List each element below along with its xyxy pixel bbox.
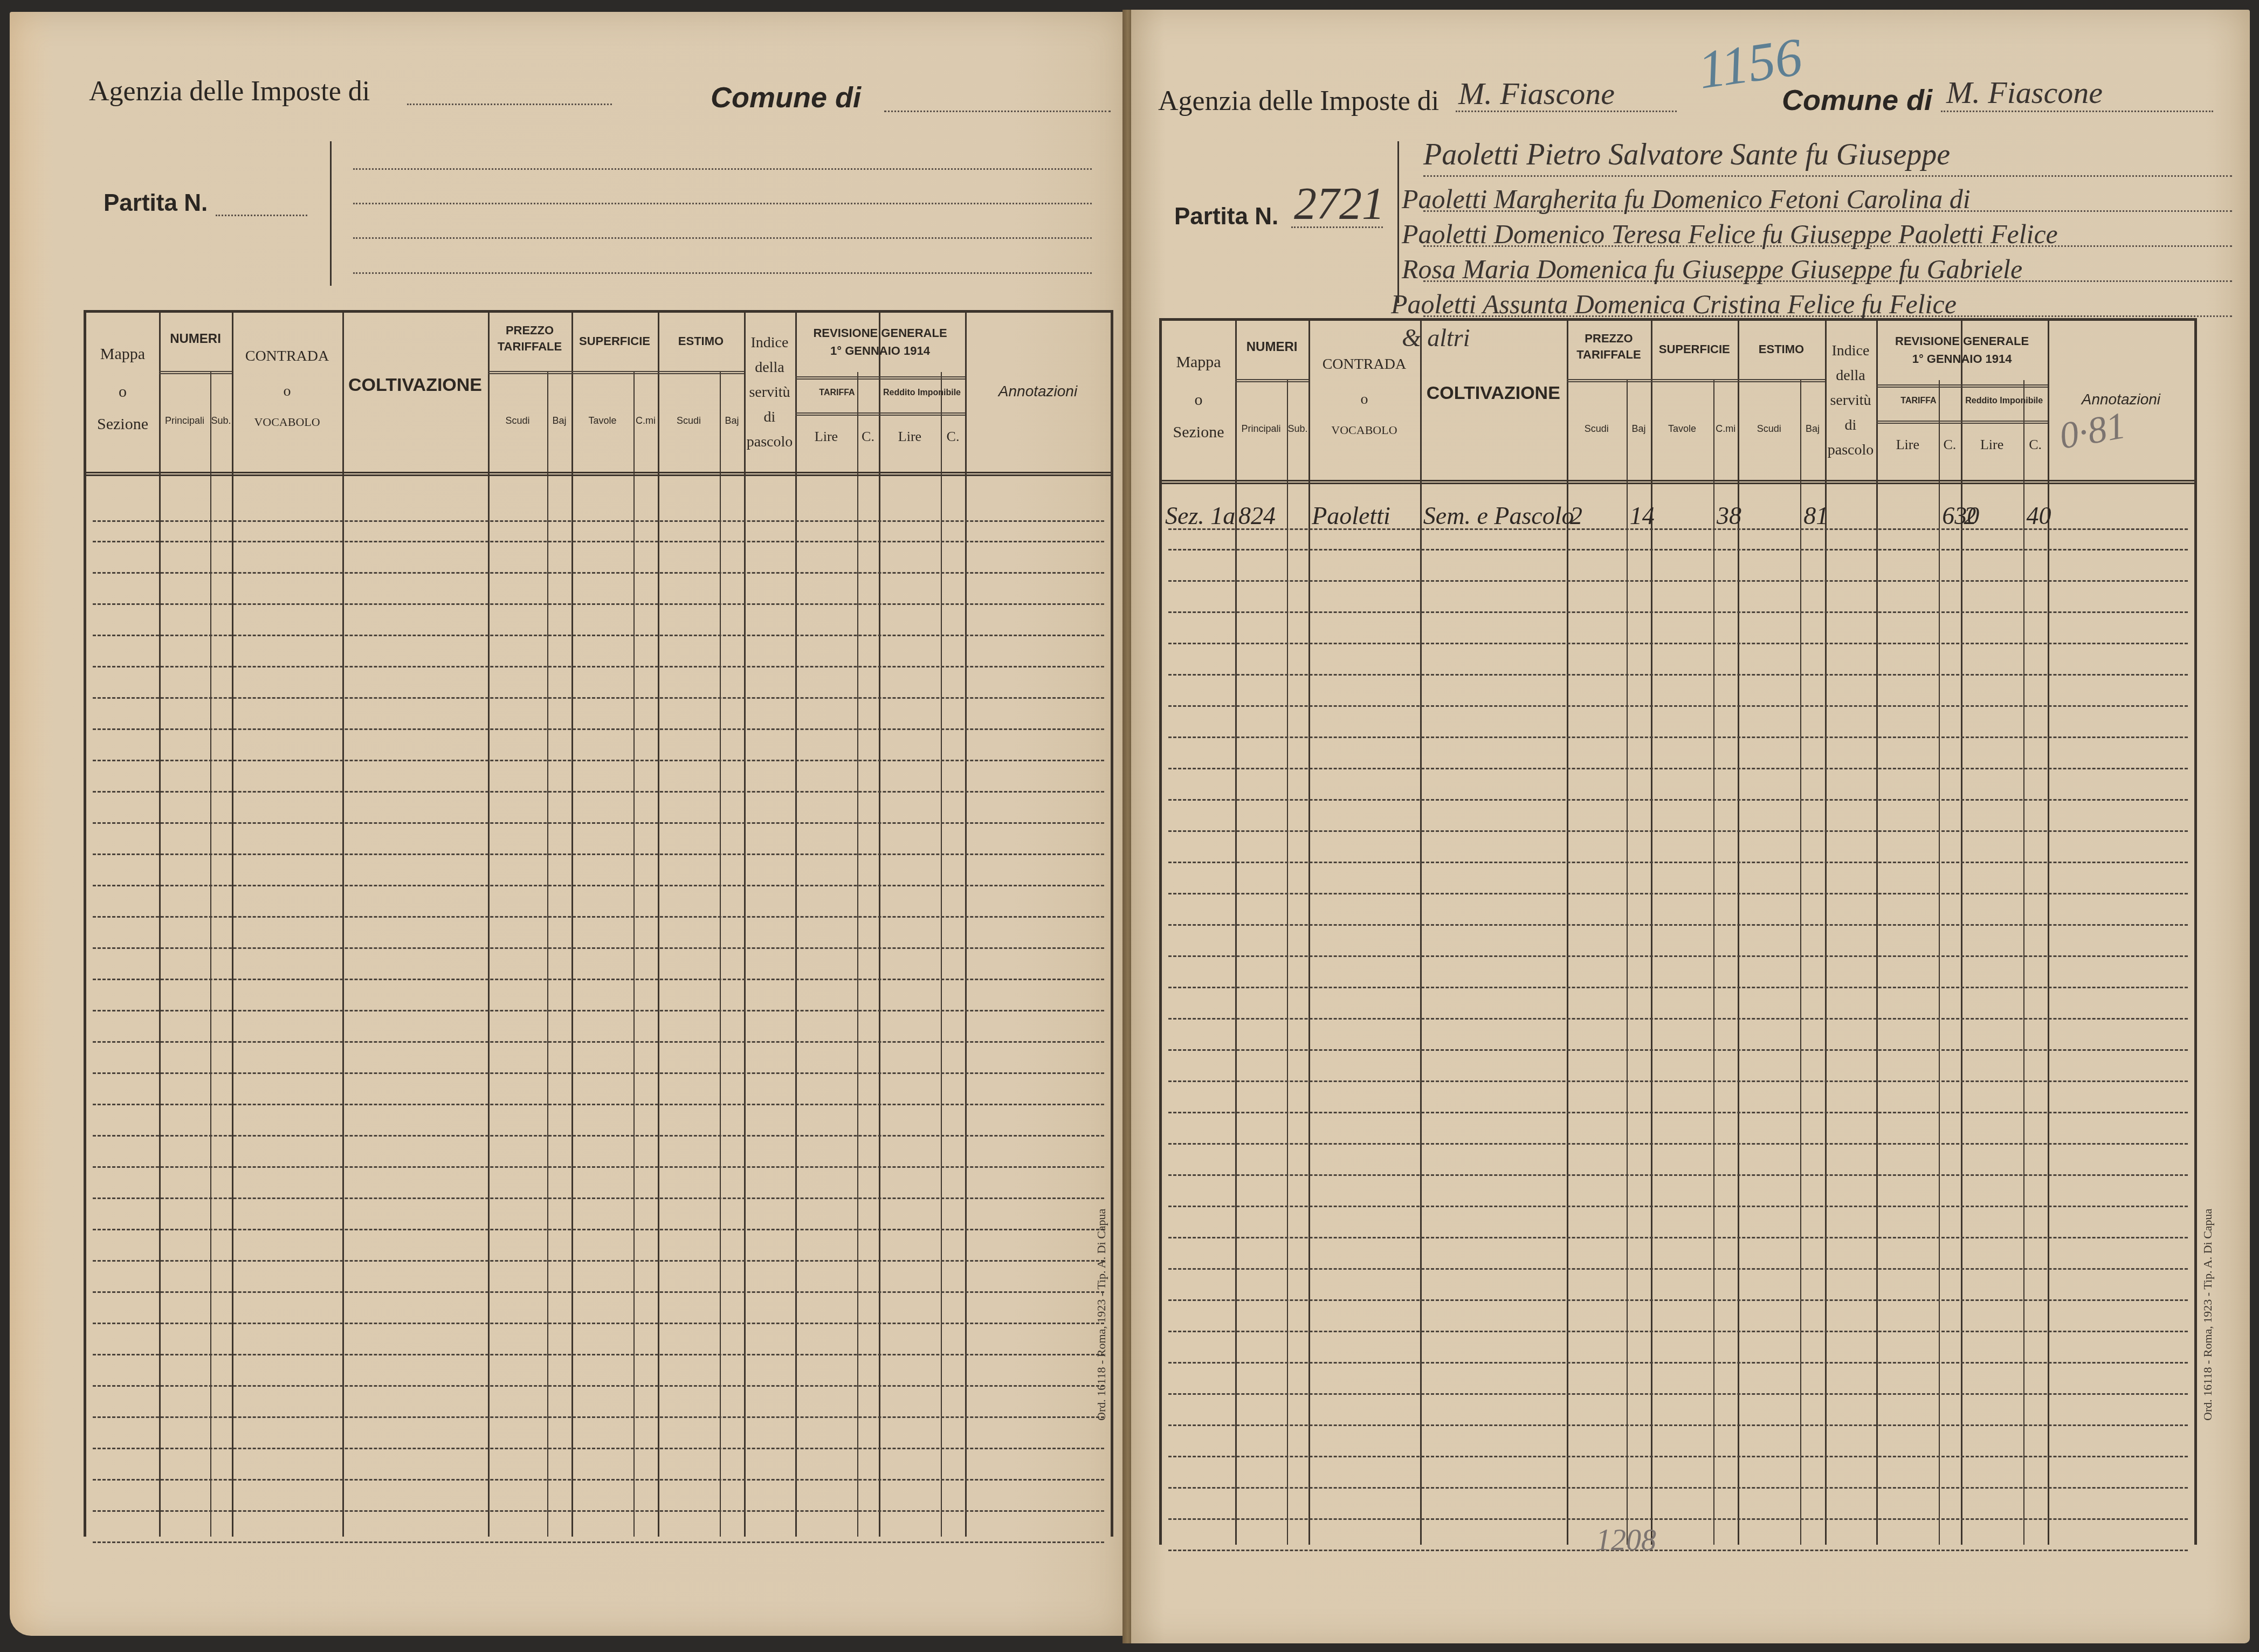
header-c: C. [857,429,879,445]
header-c: C. [941,429,965,445]
table-row[interactable] [86,572,1111,603]
header-indice: servitù [744,384,795,401]
header-subrule [571,371,658,374]
table-row[interactable] [86,478,1111,510]
table-row[interactable] [1162,674,2194,705]
table-row[interactable] [86,1260,1111,1291]
header-sub: Sub. [210,415,232,426]
partita-label: Partita N. [1174,203,1278,230]
header-indice: di [1825,417,1877,434]
owner-line-2[interactable] [353,203,1092,204]
comune-field[interactable] [884,111,1111,112]
header-baj: Baj [1627,423,1651,435]
header-subrule [1961,421,2048,424]
table-row[interactable] [1162,1456,2194,1487]
owner-text-3: Paoletti Domenico Teresa Felice fu Giuse… [1402,218,2058,250]
agenzia-field[interactable] [407,104,612,105]
header-estimo: ESTIMO [658,334,744,348]
header-indice: pascolo [1825,442,1877,459]
header-subrule [1651,379,1738,382]
agenzia-label: Agenzia delle Imposte di [89,75,370,107]
header-principali: Principali [1235,423,1287,435]
table-row[interactable] [1162,1393,2194,1424]
header-contrada: CONTRADA [232,348,342,365]
header-sezione: Sezione [1162,423,1235,442]
footer-note: 1208 [1596,1523,1656,1558]
header-tariffa: TARIFFA [795,388,879,398]
header-coltivazione: COLTIVAZIONE [1420,383,1567,404]
header-subrule [488,371,571,374]
header-lire: Lire [879,429,941,445]
owner-text-5: Paoletti Assunta Domenica Cristina Felic… [1391,288,1957,320]
owner-line-1[interactable] [1423,175,2232,177]
header-indice: della [1825,367,1877,384]
header-subrule [879,412,965,416]
partita-label: Partita N. [104,190,208,217]
table-row[interactable] [1162,768,2194,799]
header-subrule [795,376,965,380]
table-row[interactable] [1162,1362,2194,1393]
table-row[interactable] [1162,643,2194,674]
header-mappa: Mappa [1162,353,1235,372]
header-cmi: C.mi [1713,423,1738,435]
table-row[interactable] [86,853,1111,885]
header-scudi: Scudi [488,415,547,426]
header-subrule [658,371,744,374]
table-row[interactable] [86,1448,1111,1479]
owner-text-4: Rosa Maria Domenica fu Giuseppe Giuseppe… [1402,253,2022,285]
table-row[interactable] [86,1104,1111,1135]
header-indice: pascolo [744,433,795,451]
header-baj: Baj [547,415,571,426]
header-subrule [1567,379,1651,382]
header-contrada-o: o [232,383,342,400]
table-row[interactable] [1162,580,2194,611]
owner-brace [330,141,332,286]
table-row[interactable] [1162,862,2194,893]
header-sub: Sub. [1287,423,1308,435]
table-row[interactable] [1162,955,2194,987]
comune-field[interactable] [1941,111,2213,112]
header-scudi: Scudi [1738,423,1800,435]
table-row[interactable] [86,603,1111,635]
header-vocabolo: VOCABOLO [232,415,342,429]
header-superficie: SUPERFICIE [1651,342,1738,356]
header-indice: della [744,359,795,376]
table-row[interactable] [86,1166,1111,1197]
header-tavole: Tavole [571,415,633,426]
header-reddito: Reddito Imponibile [879,388,965,398]
table-row[interactable] [86,885,1111,916]
header-subrule [1876,384,2047,388]
printer-imprint-left: Ord. 16118 - Roma, 1923 - Tip. A. Di Cap… [1094,1209,1108,1421]
header-indice: Indice [1825,342,1877,360]
header-subrule [795,412,879,416]
header-scudi: Scudi [1567,423,1627,435]
header-superficie: SUPERFICIE [571,334,658,348]
row-rule [93,1541,1104,1543]
owner-brace [1397,141,1399,303]
table-row[interactable] [86,635,1111,666]
table-row[interactable] [86,1510,1111,1541]
table-row[interactable] [86,1072,1111,1104]
header-coltivazione: COLTIVAZIONE [342,375,488,396]
printer-imprint-right: Ord. 16118 - Roma, 1923 - Tip. A. Di Cap… [2201,1209,2215,1421]
header-scudi: Scudi [658,415,720,426]
header-prezzo: PREZZO [1567,332,1651,345]
header-baj: Baj [1800,423,1824,435]
table-row[interactable] [1162,486,2194,518]
header-tavole: Tavole [1651,423,1713,435]
table-row[interactable] [86,510,1111,541]
header-indice: di [744,409,795,426]
header-c: C. [1939,437,1960,453]
comune-value: M. Fiascone [1946,74,2103,111]
table-row[interactable] [1162,924,2194,955]
header-estimo: ESTIMO [1738,342,1824,356]
header-subrule [159,371,232,374]
header-contrada-o: o [1308,391,1420,408]
table-row[interactable] [86,666,1111,697]
table-row[interactable] [1162,830,2194,862]
header-numeri: NUMERI [159,332,232,347]
table-row[interactable] [1162,611,2194,643]
table-row[interactable] [86,760,1111,791]
header-indice: Indice [744,334,795,352]
row-rule [1168,1550,2188,1551]
header-tariffale: TARIFFALE [488,340,571,353]
left-ledger-table: MappaoSezioneNUMERIPrincipaliSub.CONTRAD… [84,310,1113,1537]
table-row[interactable] [86,979,1111,1010]
table-row[interactable] [1162,549,2194,580]
table-row[interactable] [1162,1518,2194,1550]
table-row[interactable] [86,728,1111,760]
header-prezzo: PREZZO [488,323,571,337]
header-tariffa: TARIFFA [1876,396,1960,406]
table-row[interactable] [86,1385,1111,1416]
table-row[interactable] [1162,705,2194,736]
table-row[interactable] [1162,1018,2194,1049]
table-row[interactable] [1162,1174,2194,1206]
header-lire: Lire [1961,437,2023,453]
table-row[interactable] [86,916,1111,947]
header-subrule [1235,379,1308,382]
table-row[interactable] [86,1229,1111,1260]
table-row[interactable] [1162,987,2194,1018]
table-row[interactable] [86,822,1111,853]
header-annotazioni: Annotazioni [965,383,1111,400]
header-revisione: REVISIONE GENERALE [795,326,965,340]
table-row[interactable] [1162,1424,2194,1456]
table-row[interactable] [1162,1112,2194,1143]
table-row[interactable] [86,1291,1111,1323]
table-row[interactable] [86,947,1111,979]
header-numeri: NUMERI [1235,340,1308,355]
partita-value: 2721 [1294,178,1385,230]
table-row[interactable] [86,1354,1111,1385]
table-row[interactable] [86,1041,1111,1072]
header-indice: servitù [1825,392,1877,409]
table-row[interactable] [86,1135,1111,1166]
header-subrule [1876,421,1960,424]
table-row[interactable] [1162,799,2194,830]
header-vocabolo: VOCABOLO [1308,423,1420,437]
table-row[interactable] [1162,1237,2194,1268]
table-row[interactable] [1162,1143,2194,1174]
table-row[interactable] [86,1197,1111,1229]
table-row[interactable] [86,1010,1111,1041]
table-row[interactable] [86,791,1111,822]
owner-line-1[interactable] [353,168,1092,170]
header-c: C. [2023,437,2048,453]
partita-field[interactable] [216,215,307,216]
table-row[interactable] [86,697,1111,728]
header-principali: Principali [159,415,210,426]
table-row[interactable] [1162,1299,2194,1331]
table-row[interactable] [1162,893,2194,924]
table-row[interactable] [1162,1487,2194,1518]
table-row[interactable] [1162,1049,2194,1080]
table-row[interactable] [1162,1080,2194,1112]
header-tariffale: TARIFFALE [1567,348,1651,361]
table-row[interactable] [1162,1268,2194,1299]
header-data-1914: 1° GENNAIO 1914 [795,344,965,357]
agenzia-value: M. Fiascone [1458,75,1615,112]
header-revisione: REVISIONE GENERALE [1876,334,2047,348]
header-sezione: Sezione [86,415,159,434]
header-baj: Baj [720,415,744,426]
owner-line-3[interactable] [353,237,1092,239]
comune-label: Comune di [711,81,861,114]
table-row[interactable] [86,1416,1111,1448]
header-cmi: C.mi [633,415,658,426]
table-row[interactable] [86,541,1111,572]
header-mappa-o: o [86,383,159,402]
agenzia-label: Agenzia delle Imposte di [1158,85,1439,117]
header-contrada: CONTRADA [1308,356,1420,373]
table-row[interactable] [1162,1206,2194,1237]
header-mappa: Mappa [86,345,159,364]
header-lire: Lire [1876,437,1939,453]
owner-text-1: Paoletti Pietro Salvatore Sante fu Giuse… [1423,137,1950,172]
comune-label: Comune di [1782,84,1932,117]
table-row[interactable] [1162,518,2194,549]
table-row[interactable] [86,1479,1111,1510]
owner-line-4[interactable] [353,272,1092,274]
table-row[interactable] [1162,1331,2194,1362]
table-row[interactable] [1162,736,2194,768]
header-data-1914: 1° GENNAIO 1914 [1876,352,2047,366]
right-ledger-table: MappaoSezioneNUMERIPrincipaliSub.CONTRAD… [1159,318,2197,1545]
header-mappa-o: o [1162,391,1235,410]
header-subrule [1738,379,1824,382]
header-lire: Lire [795,429,857,445]
owner-text-2: Paoletti Margherita fu Domenico Fetoni C… [1402,183,1971,215]
header-reddito: Reddito Imponibile [1961,396,2048,406]
table-row[interactable] [86,1323,1111,1354]
